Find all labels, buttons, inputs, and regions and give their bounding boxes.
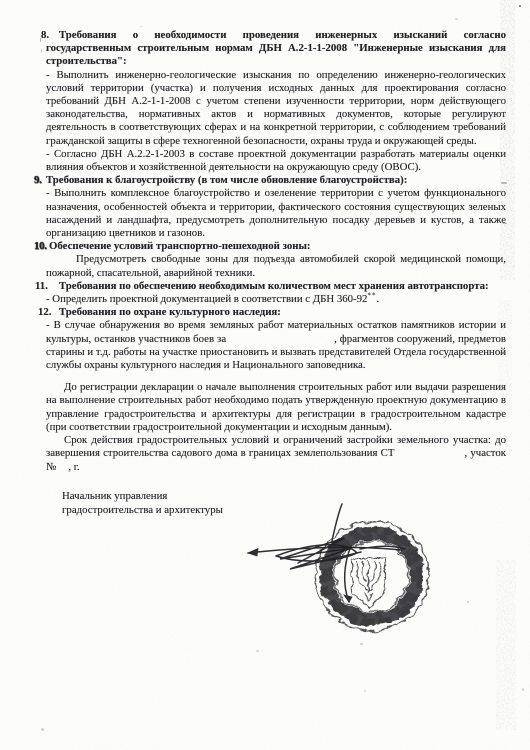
scan-speck — [503, 223, 507, 224]
round-seal-trident-icon — [240, 496, 470, 676]
scan-speck — [364, 690, 366, 692]
item-number: 10. — [34, 240, 47, 253]
document-page: 8. Требования о необходимости проведения… — [0, 0, 530, 750]
scan-speck — [360, 643, 363, 645]
scan-streak — [496, 560, 516, 730]
scan-speck — [467, 601, 469, 603]
signatory-title: Начальник управления градостроительства … — [62, 489, 292, 517]
signatory-title-line: градостроительства и архитектуры — [62, 503, 292, 517]
document-body: 8. Требования о необходимости проведения… — [46, 29, 506, 517]
requirement-item-12: 12. Требования по охране культурного нас… — [46, 306, 506, 372]
item-number: 12. — [38, 306, 52, 319]
requirement-item-8: 8. Требования о необходимости проведения… — [46, 29, 506, 174]
seal-rings — [315, 522, 429, 630]
item-number: 9. — [34, 174, 42, 187]
item-paragraph: - Определить проектной документацией в с… — [46, 293, 506, 306]
item-number: 11. — [35, 280, 48, 293]
item-paragraph: - Согласно ДБН А.2.2-1-2003 в составе пр… — [46, 148, 506, 174]
item-heading: Требования по обеспечению необходимым ко… — [46, 280, 506, 293]
item-heading: Обеспечение условий транспортно-пешеходн… — [46, 240, 506, 253]
scan-speck — [140, 26, 142, 27]
scan-speck — [41, 49, 42, 52]
term-paragraph-text: , г. — [68, 461, 79, 473]
item-paragraph: - Выполнить комплексное благоустройство … — [46, 187, 506, 240]
term-paragraph-text: Срок действия градостроительных условий … — [46, 434, 506, 459]
item-heading: Требования к благоустройству (в том числ… — [46, 174, 506, 187]
scan-speck — [455, 18, 458, 20]
item-paragraph: Предусмотреть свободные зоны для подъезд… — [46, 253, 506, 279]
scan-speck — [41, 728, 44, 731]
item-heading: Требования о необходимости проведения ин… — [46, 29, 506, 69]
scan-speck — [501, 182, 507, 184]
term-paragraph-text: , — [464, 447, 467, 459]
item-paragraph-text: . — [376, 293, 379, 305]
closing-paragraph: До регистрации декларации о начале выпол… — [46, 381, 506, 434]
term-paragraph: Срок действия градостроительных условий … — [46, 434, 506, 474]
item-number: 8. — [41, 29, 49, 42]
item-paragraph: - Выполнить инженерно-геологические изыс… — [46, 69, 506, 148]
scan-speck — [500, 352, 506, 354]
scan-speck — [522, 688, 524, 691]
signature-scrawl — [248, 504, 405, 602]
trident-shield-icon — [352, 558, 385, 608]
signatory-title-line: Начальник управления — [62, 489, 292, 503]
requirement-item-9: 9. Требования к благоустройству (в том ч… — [46, 174, 506, 240]
item-heading: Требования по охране культурного наследи… — [46, 306, 506, 319]
scan-speck — [519, 5, 521, 7]
requirement-item-11: 11. Требования по обеспечению необходимы… — [46, 280, 506, 306]
requirement-item-10: 10. Обеспечение условий транспортно-пеше… — [46, 240, 506, 280]
item-paragraph: - В случае обнаружения во время земляных… — [46, 319, 506, 372]
scan-speck — [256, 650, 259, 652]
scan-speck — [40, 38, 41, 42]
item-paragraph-text: - Определить проектной документацией в с… — [46, 293, 367, 305]
